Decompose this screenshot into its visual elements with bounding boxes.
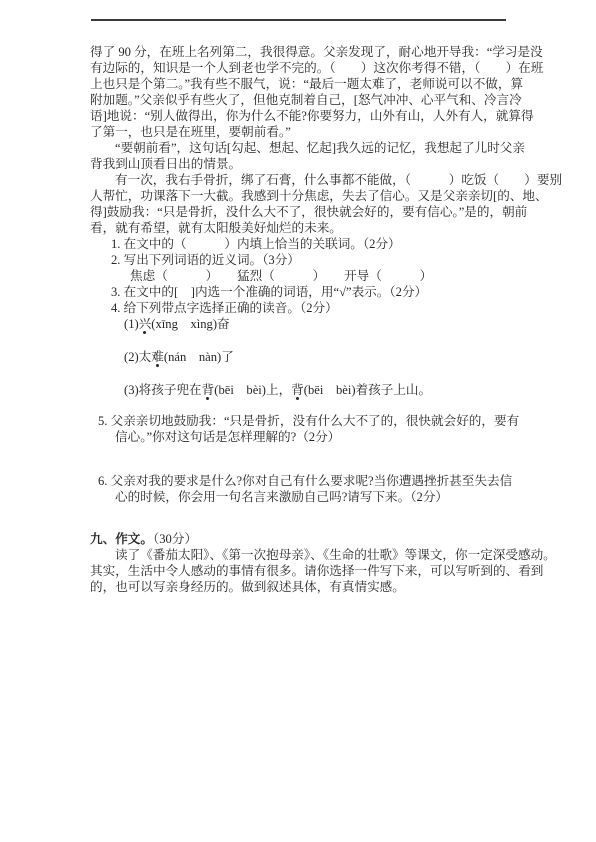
passage-line: 得]鼓励我：“只是骨折，没什么大不了，很快就会好的，要有信心。”是的，朝前 [90,204,514,220]
passage-line: 看，就有希望，就有太阳般美好灿烂的未来。 [90,220,514,236]
passage-line: 有边际的，知识是一个人到老也学不完的。（ ）这次你考得不错，（ ）在班 [90,60,514,76]
exam-page: 得了 90 分，在班上名列第二，我很得意。父亲发现了，耐心地开导我：“学习是没 … [0,0,596,842]
passage-line: 上也只是个第二。”我有些不服气，说：“最后一题太难了，老师说可以不做，算 [90,76,514,92]
pinyin-option-3: (3)将孩子兜在背(bēi bèi)上，背(bēi bèi)着孩子上山。 [90,382,514,398]
pinyin-readings: (nán nàn)了 [164,350,234,364]
section-heading: 九、作文。（30分） [90,531,514,547]
passage-line: 得了 90 分，在班上名列第二，我很得意。父亲发现了，耐心地开导我：“学习是没 [90,44,514,60]
question-2: 2. 写出下列词语的近义词。（3分） [90,252,514,268]
emphasized-char: 难 [151,349,164,365]
section-title: 九、作文。 [90,532,153,546]
passage-line: 人帮忙，功课落下一大截。我感到十分焦虑，失去了信心。又是父亲亲切[的、地、 [90,188,514,204]
composition-line: 其实，生活中令人感动的事情有很多。请你选择一件写下来，可以写听到的、看到 [90,563,514,579]
top-rule-divider [91,19,506,21]
section-score: （30分） [153,532,197,546]
pinyin-option-1: (1)兴(xīng xìng)奋 [90,316,514,332]
question-5-line-1: 5. 父亲亲切地鼓励我：“只是骨折，没有什么大不了的，很快就会好的，要有 [90,413,514,429]
emphasized-char: 背 [202,382,215,398]
question-3: 3. 在文中的[ ]内选一个准确的词语，用“√”表示。（2分） [90,284,514,300]
passage-line: 语]地说：“别人做得出，你为什么不能?你要努力，山外有山，人外有人，就算得 [90,108,514,124]
pinyin-readings: (bēi bèi)上， [214,383,291,397]
composition-line: 的，也可以写亲身经历的。做到叙述具体，有真情实感。 [90,579,514,595]
passage-line: 有一次，我右手骨折，绑了石膏，什么事都不能做，（ ）吃饭（ ）要别 [90,172,514,188]
question-5-line-2: 信心。”你对这句话是怎样理解的?（2分） [90,429,514,445]
composition-line: 读了《番茄太阳》、《第一次抱母亲》、《生命的壮歌》等课文，你一定深受感动。 [90,547,514,563]
passage-line: 背我到山顶看日出的情景。 [90,156,514,172]
synonym-blanks-line: 焦虑（ ） 猛烈（ ） 开导（ ） [90,268,514,284]
passage-line: 附加题。”父亲似乎有些火了，但他克制着自己，[怒气冲冲、心平气和、冷言冷 [90,92,514,108]
emphasized-char: 背 [291,382,304,398]
page-content: 得了 90 分，在班上名列第二，我很得意。父亲发现了，耐心地开导我：“学习是没 … [90,44,514,595]
emphasized-char: 兴 [139,316,152,332]
passage-line: 了第一，也只是在班里，要朝前看。” [90,124,514,140]
question-6-line-2: 心的时候，你会用一句名言来激励自己吗?请写下来。（2分） [90,489,514,505]
pinyin-readings: (bēi bèi)着孩子上山。 [304,383,431,397]
pinyin-prefix: (2)太 [124,350,151,364]
question-6-line-1: 6. 父亲对我的要求是什么?你对自己有什么要求呢?当你遭遇挫折甚至失去信 [90,473,514,489]
question-1: 1. 在文中的（ ）内填上恰当的关联词。（2分） [90,236,514,252]
pinyin-prefix: (3)将孩子兜在 [124,383,202,397]
question-4: 4. 给下列带点字选择正确的读音。（2分） [90,300,514,316]
pinyin-readings: (xīng xìng)奋 [151,317,229,331]
passage-line: “要朝前看”，这句话[勾起、想起、忆起]我久远的记忆，我想起了儿时父亲 [90,140,514,156]
pinyin-option-2: (2)太难(nán nàn)了 [90,349,514,365]
pinyin-prefix: (1) [124,317,139,331]
